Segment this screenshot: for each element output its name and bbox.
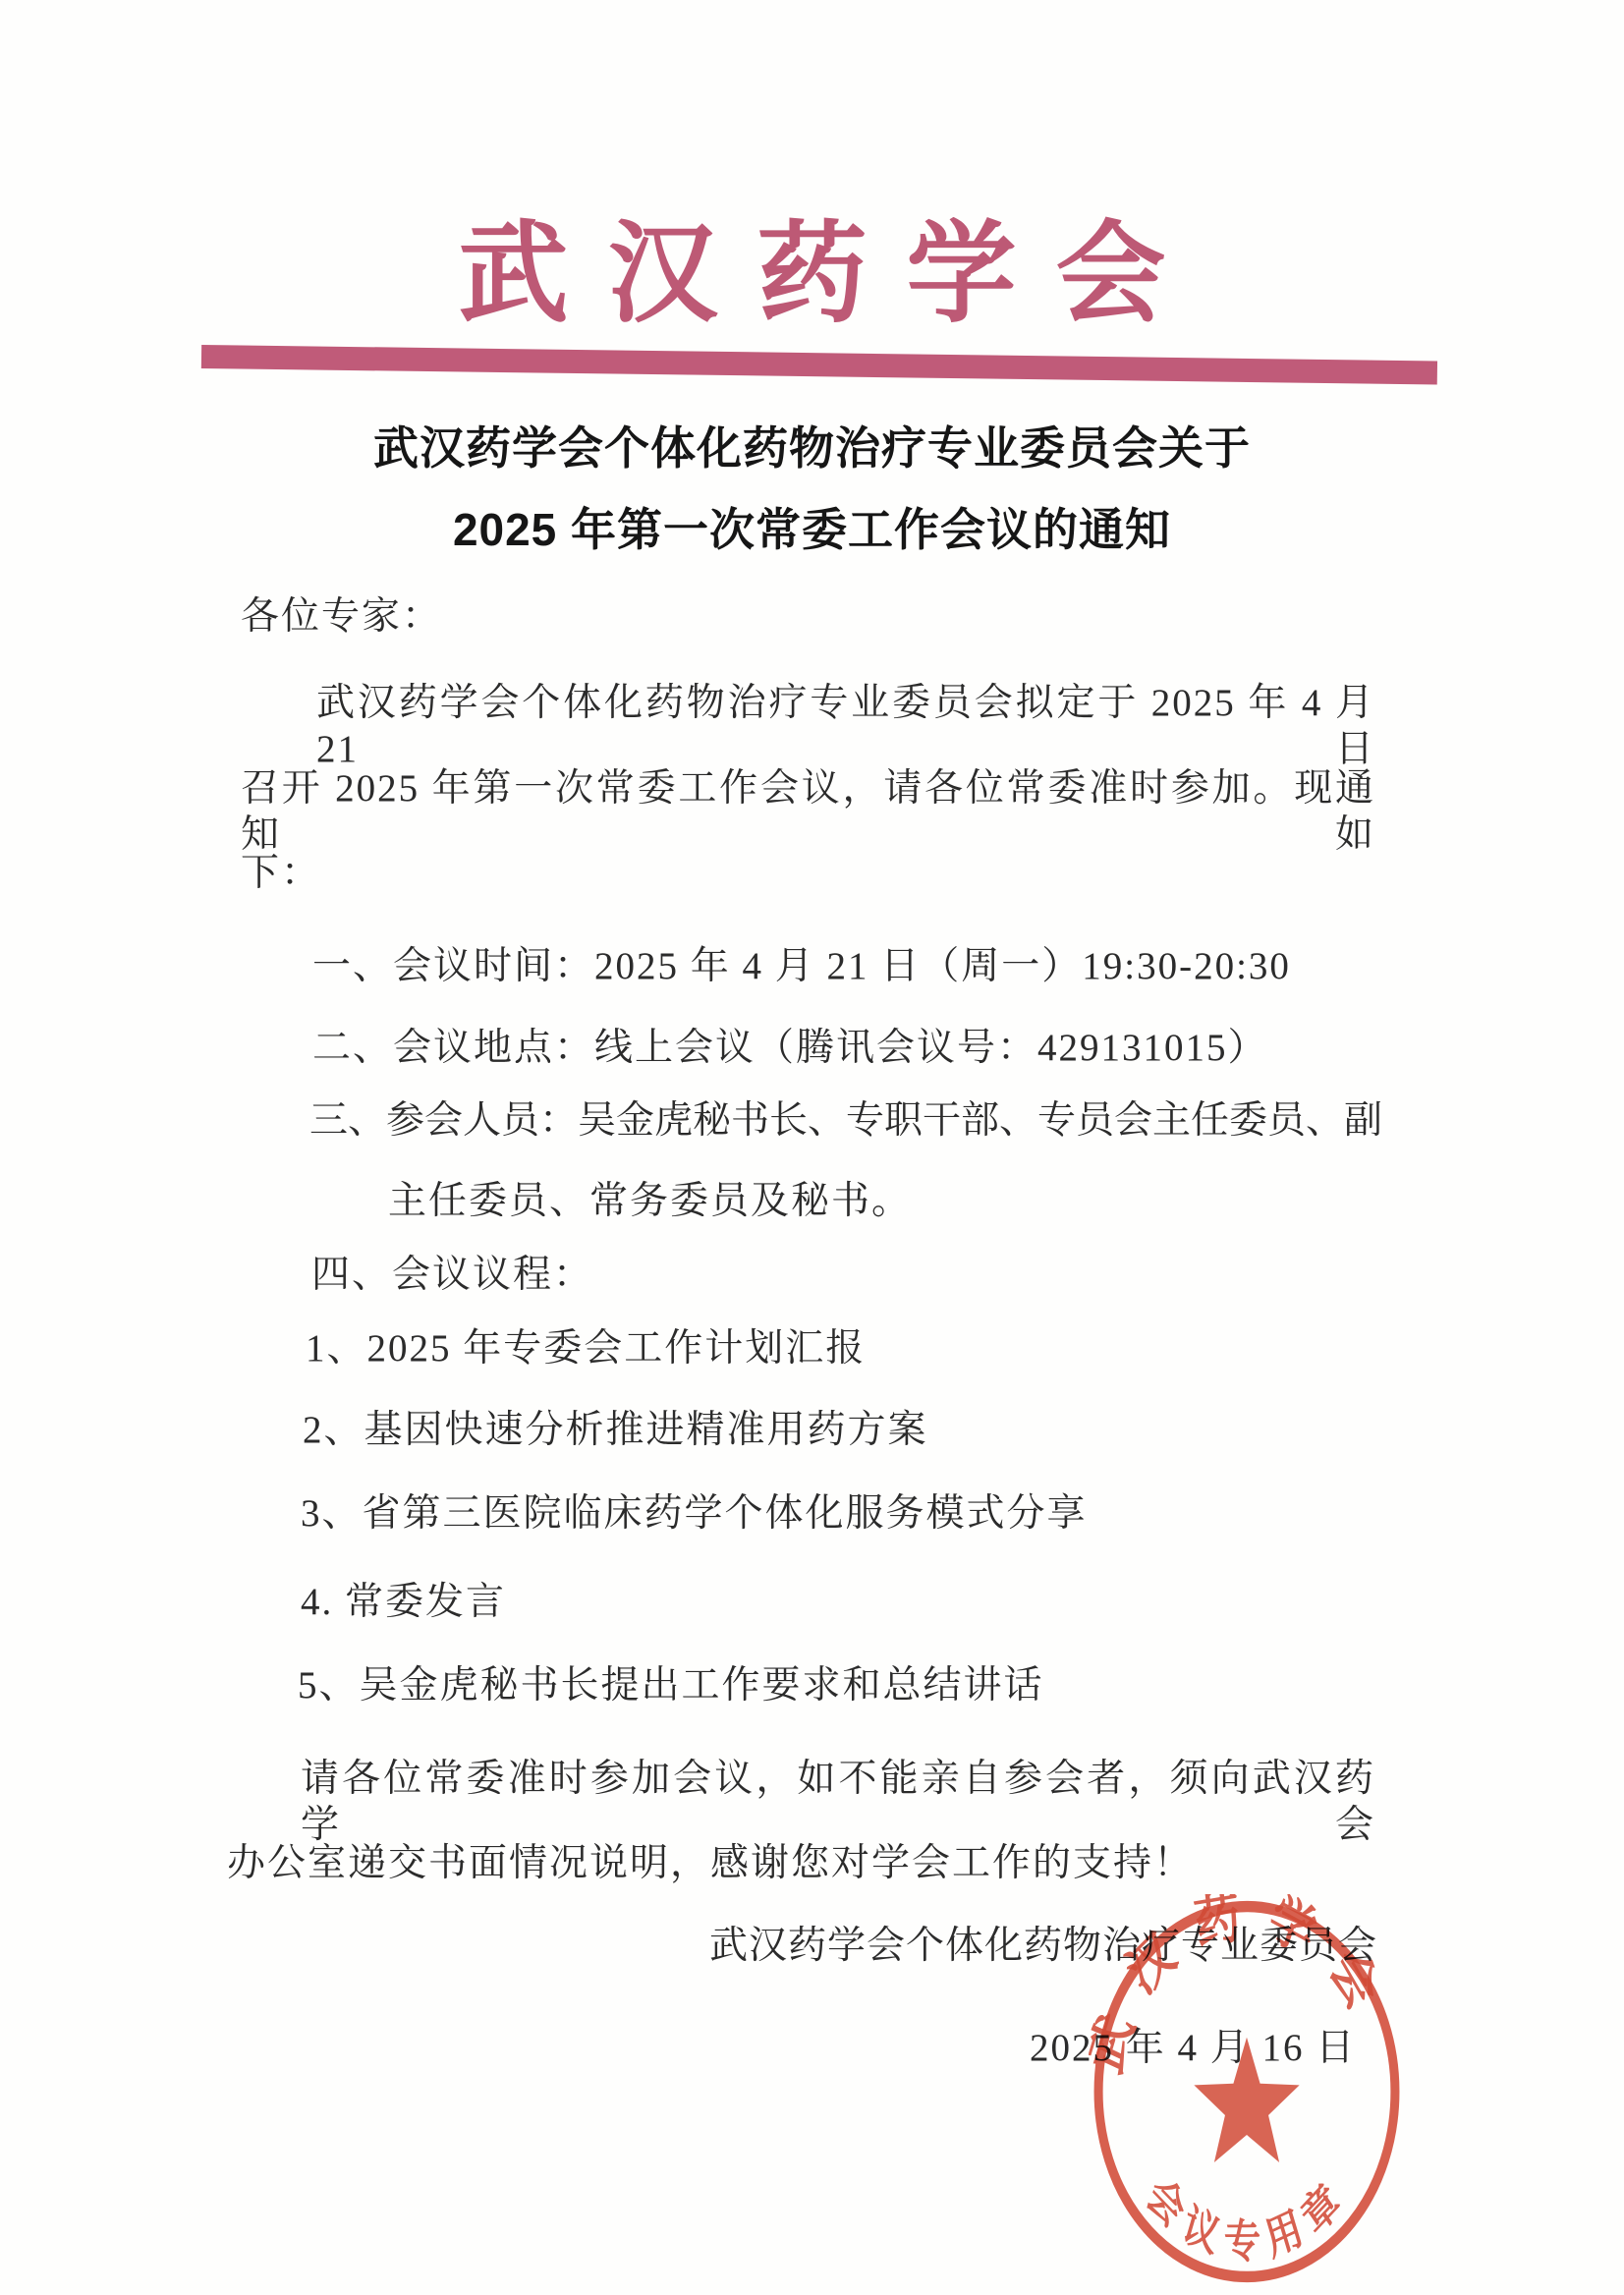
agenda-item-2: 2、基因快速分析推进精准用药方案	[303, 1408, 928, 1454]
intro-line-2: 召开 2025 年第一次常委工作会议，请各位常委准时参加。现通知如	[241, 766, 1375, 859]
agenda-item-4: 4. 常委发言	[301, 1580, 506, 1626]
seal-star-icon	[1194, 2038, 1299, 2162]
org-masthead: 武 汉 药 学 会	[3, 218, 1624, 334]
doc-title-line-1: 武汉药学会个体化药物治疗专业委员会关于	[0, 423, 1624, 474]
notice-document-page: 武 汉 药 学 会 武汉药学会个体化药物治疗专业委员会关于 2025 年第一次常…	[0, 0, 1624, 2295]
attendees-item-line-2: 主任委员、常务委员及秘书。	[388, 1179, 912, 1225]
intro-line-1: 武汉药学会个体化药物治疗专业委员会拟定于 2025 年 4 月 21 日	[316, 681, 1375, 773]
meeting-place-item: 二、会议地点：线上会议（腾讯会议号：429131015）	[312, 1026, 1268, 1072]
closing-line-2: 办公室递交书面情况说明，感谢您对学会工作的支持！	[227, 1841, 1194, 1887]
agenda-item-1: 1、2025 年专委会工作计划汇报	[306, 1326, 866, 1372]
doc-title-line-2: 2025 年第一次常委工作会议的通知	[0, 505, 1624, 555]
agenda-item-3: 3、省第三医院临床药学个体化服务模式分享	[301, 1491, 1088, 1538]
agenda-heading-item: 四、会议议程：	[311, 1253, 593, 1299]
salutation: 各位专家：	[241, 594, 442, 641]
red-header-rule	[201, 345, 1437, 384]
attendees-item-line-1: 三、参会人员：吴金虎秘书长、专职干部、专员会主任委员、副	[309, 1098, 1382, 1145]
official-seal-stamp: 武汉药学会 会议专用章	[1089, 1894, 1405, 2289]
meeting-time-item: 一、会议时间：2025 年 4 月 21 日（周一）19:30-20:30	[312, 944, 1291, 990]
agenda-item-5: 5、吴金虎秘书长提出工作要求和总结讲话	[298, 1663, 1044, 1709]
closing-line-1: 请各位常委准时参加会议，如不能亲自参会者，须向武汉药学会	[301, 1757, 1375, 1849]
intro-line-3: 下：	[241, 851, 321, 897]
seal-graphic: 武汉药学会 会议专用章	[1089, 1894, 1405, 2289]
